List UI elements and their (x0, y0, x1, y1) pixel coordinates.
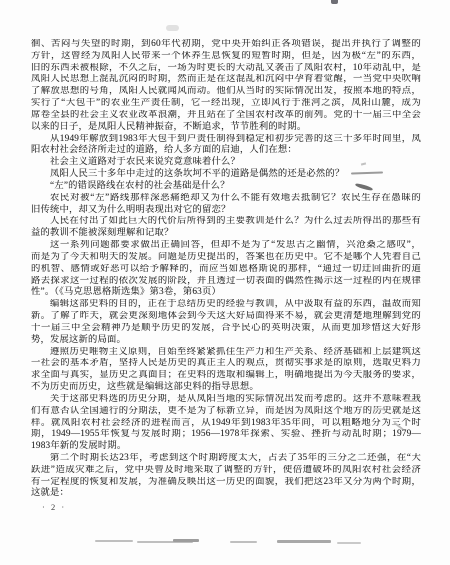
text-line: 阳农村社会经济所走过的道路，给人多方面的启迪，人们在想： (31, 145, 421, 157)
text-line: 样。就凤阳农村社会经济的进程而言，从1949年到1983年35年间，可以粗略地分… (31, 418, 421, 430)
text-line: 了解放思想的号角，凤阳人民就闻风而动。他们从当时的实际情况出发，按照本地的特点， (31, 86, 421, 98)
text-line: 旧的东西未被根除，不久之后，一场为时更长的大动乱又袭击了凤阳农村，10年动乱中，… (31, 63, 421, 75)
text-line: 1983年新的发展时期。 (31, 441, 421, 453)
text-line: 这就是： (31, 488, 421, 500)
text-line: 编辑这部史料的目的，正在于总结历史的经验与教训，从中汲取有益的东西，温故而知 (31, 299, 421, 311)
text-line: 益的教训不能被深刻理解和记取？ (31, 228, 421, 240)
text-line: 不为历史而历史，这些就是编辑这部史料的指导思想。 (31, 382, 421, 394)
text-line: 而是为了今天和明天的发展。问题是历史提出的，答案也在历史中。它不是哪个人凭着自己 (31, 252, 421, 264)
text-line: “左”的错误路线在农村的社会基础是什么？ (31, 181, 421, 193)
text-line: 期，1949—1955年恢复与发展时期；1956—1978年探索、实验、挫折与动… (31, 429, 421, 441)
text-line: 实行了“大包干”的农业生产责任制，它一经出现，立即风行于淮河之滨，凤阳山麓，成为 (31, 98, 421, 110)
text-line: 农民对被“左”路线那样深恶痛绝却又为什么不能有效地去抵制它？农民生存在愚昧的 (31, 193, 421, 205)
scan-streak (137, 541, 193, 543)
text-line: 十一届三中全会精神乃是顺乎历史的发展，合乎民心的英明决策，从而更加珍惜这大好形 (31, 323, 421, 335)
text-line: 遵照历史唯物主义原则，自始至终紧紧抓住生产力和生产关系、经济基础和上层建筑这 (31, 347, 421, 359)
text-body: 徊、苦闷与失望的时期，到60年代初期，党中央开始纠正各项错误，提出并执行了调整的… (31, 39, 421, 500)
text-line: 一社会的基本矛盾，坚持人民是历史的真正主人的观点，贯彻实事求是的原则，选取史料力 (31, 358, 421, 370)
scan-speck (331, 0, 338, 4)
text-line: 人民在付出了如此巨大的代价后所得到的主要教训是什么？为什么过去所得出的那些有 (31, 216, 421, 228)
scan-streak (230, 541, 257, 543)
text-line: 关于这部史料选的历史分期，是从凤阳当地的实际情况出发而考虑的。这并不意味着我 (31, 394, 421, 406)
document-page: 徊、苦闷与失望的时期，到60年代初期，党中央开始纠正各项错误，提出并执行了调整的… (0, 0, 450, 565)
page-number: · 2 · (42, 502, 66, 512)
scan-streak (95, 540, 133, 542)
text-line: 的机智、感情或好恶可以给予解释的，而应当如恩格斯说的那样，“通过一切迂回曲折的道 (31, 264, 421, 276)
scan-streak (277, 540, 331, 543)
text-line: 徊、苦闷与失望的时期，到60年代初期，党中央开始纠正各项错误，提出并执行了调整的 (31, 39, 421, 51)
text-line: 第二个时期长达23年，考虑到这个时期跨度太大，占去了35年的三分之二还强，在“大 (31, 453, 421, 465)
text-line: 席卷全县的社会主义农业改革浪潮，并且站在了全国农村改革的前列。党的十一届三中全会 (31, 110, 421, 122)
text-line: 凤阳人民三十多年中走过的这条坎坷不平的道路是偶然的还是必然的？ (31, 169, 421, 181)
text-line: 们有意否认全国通行的分期法，更不是为了标新立异，而是因为凤阳这个地方的历史就是这 (31, 406, 421, 418)
text-line: 从1949年解放到1983年大包干到户责任制得到稳定和初步完善的这三十多年时间里… (31, 134, 421, 146)
text-line: 社会主义道路对于农民来说究竟意味着什么？ (31, 157, 421, 169)
scan-streak (173, 539, 199, 542)
text-line: 跃进”造成灾难之后，党中央曾及时地采取了调整的方针，使倍遭破坏的凤阳农村社会经济 (31, 465, 421, 477)
text-line: 凤阳人民思想上混乱沉闷的时期，然而正是在这混乱和沉闷中孕育着觉醒，一当党中央吹响 (31, 74, 421, 86)
scan-smudge (166, 25, 179, 31)
text-line: 路去探求这一过程的依次发展的阶段，并且透过一切表面的偶然性揭示这一过程的内在规律 (31, 276, 421, 288)
text-line: 以来的日子，是凤阳人民精神振奋，不断追求，节节胜利的时期。 (31, 122, 421, 134)
text-line: 性”。（《马克思恩格斯选集》第3卷，第63页） (31, 287, 421, 299)
text-line: 有一定程度的恢复和发展，为准确反映出这一历史的面貌，我们把这23年又分为两个时期… (31, 477, 421, 489)
text-line: 方针，这曾经为凤阳人民带来一个休养生息恢复的短暂时期，但是，因为极“左”的东西， (31, 51, 421, 63)
text-line: 旧传统中，却又为什么明明表现出对它的留恋？ (31, 205, 421, 217)
text-line: 势，发展这新的局面。 (31, 335, 421, 347)
text-line: 新。了解了昨天，就会更深刻地体会到今天这大好局面得来不易，就会更清楚地理解到党的 (31, 311, 421, 323)
text-line: 这一系列问题都要求做出正确回答，但却不是为了“发思古之幽情，兴沧桑之感叹”， (31, 240, 421, 252)
text-line: 求全面与真实，显历史之真面目；在史料的选取和编辑上，明确地提出为今天服务的要求， (31, 370, 421, 382)
scan-streak (337, 542, 361, 544)
